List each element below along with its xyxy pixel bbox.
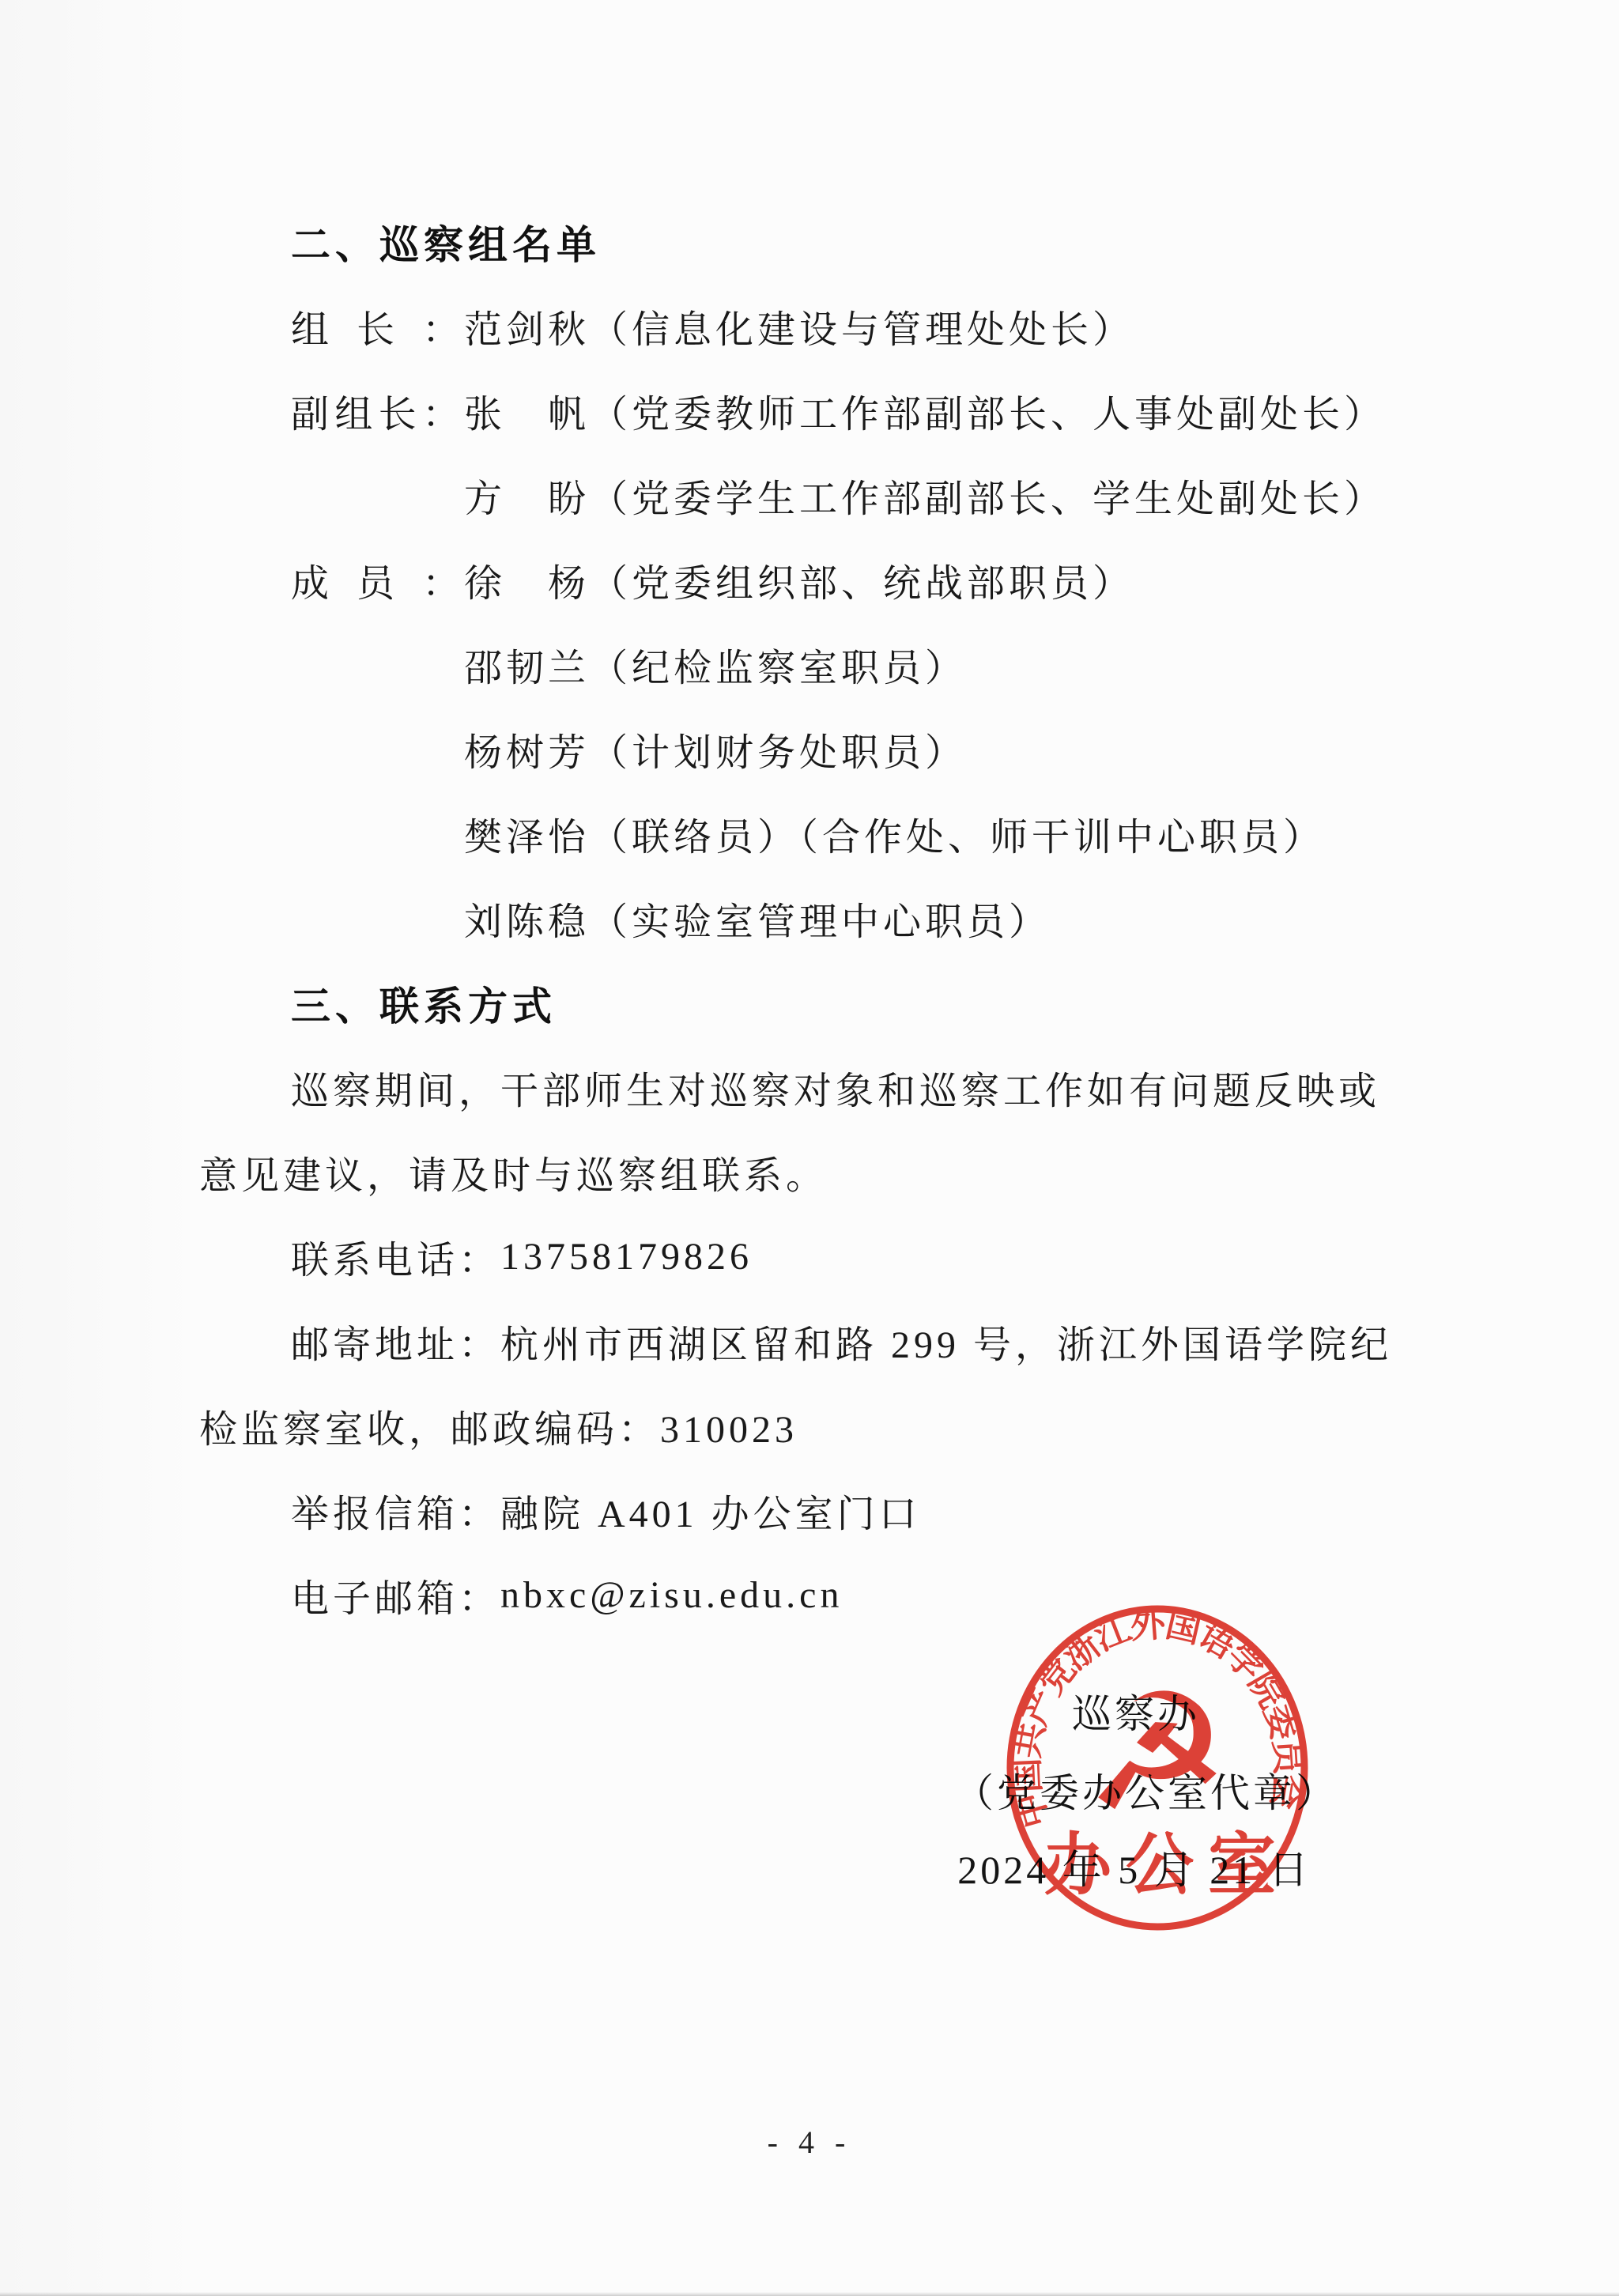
roster-row-label: 组长： — [291, 299, 464, 353]
phone-value: 13758179826 — [500, 1235, 753, 1278]
contact-paragraph-line1: 巡察期间，干部师生对巡察对象和巡察工作如有问题反映或 — [199, 1045, 1432, 1130]
seal-bottom-text: 办公室 — [1043, 1827, 1290, 1903]
address-value-line1: 杭州市西湖区留和路 299 号，浙江外国语学院纪 — [500, 1314, 1392, 1369]
roster-row-deputy: 副组长： 张 帆（党委教师工作部副部长、人事处副处长） — [199, 368, 1432, 453]
address-label: 邮寄地址： — [291, 1314, 500, 1369]
contact-address-line2: 检监察室收，邮政编码：310023 — [199, 1384, 1432, 1468]
roster-row-member4: 樊泽怡（联络员）（合作处、师干训中心职员） — [199, 791, 1432, 876]
phone-label: 联系电话： — [291, 1229, 500, 1284]
roster-row-member3: 杨树芳（计划财务处职员） — [199, 707, 1432, 791]
roster-row-text: 方 盼（党委学生工作部副部长、学生处副处长） — [464, 468, 1386, 523]
roster-row-text: 范剑秋（信息化建设与管理处处长） — [464, 299, 1134, 353]
email-value: nbxc@zisu.edu.cn — [500, 1573, 843, 1617]
mailbox-value: 融院 A401 办公室门口 — [500, 1483, 921, 1538]
roster-row-text: 邵韧兰（纪检监察室职员） — [464, 637, 967, 692]
roster-row-member2: 邵韧兰（纪检监察室职员） — [199, 622, 1432, 707]
contact-heading: 三、联系方式 — [199, 961, 1432, 1045]
roster-row-label: 成员： — [291, 553, 464, 607]
roster-row-member: 成员： 徐 杨（党委组织部、统战部职员） — [199, 538, 1432, 622]
contact-mailbox-row: 举报信箱： 融院 A401 办公室门口 — [199, 1468, 1432, 1553]
document-body: 二、巡察组名单 组长： 范剑秋（信息化建设与管理处处长） 副组长： 张 帆（党委… — [199, 199, 1432, 1637]
roster-row-text: 张 帆（党委教师工作部副部长、人事处副处长） — [464, 383, 1386, 438]
contact-paragraph-line2: 意见建议，请及时与巡察组联系。 — [199, 1130, 1432, 1214]
roster-row-member5: 刘陈稳（实验室管理中心职员） — [199, 876, 1432, 961]
roster-row-text: 徐 杨（党委组织部、统战部职员） — [464, 553, 1134, 607]
document-page: 二、巡察组名单 组长： 范剑秋（信息化建设与管理处处长） 副组长： 张 帆（党委… — [0, 0, 1619, 2296]
roster-row-leader: 组长： 范剑秋（信息化建设与管理处处长） — [199, 284, 1432, 368]
page-number: - 4 - — [0, 2124, 1619, 2161]
roster-row-deputy2: 方 盼（党委学生工作部副部长、学生处副处长） — [199, 453, 1432, 538]
email-label: 电子邮箱： — [291, 1568, 500, 1622]
roster-row-label: 副组长： — [291, 383, 464, 438]
roster-row-text: 杨树芳（计划财务处职员） — [464, 722, 967, 776]
roster-row-text: 刘陈稳（实验室管理中心职员） — [464, 891, 1051, 946]
scan-edge-shadow — [0, 2292, 1619, 2296]
roster-row-text: 樊泽怡（联络员）（合作处、师干训中心职员） — [464, 806, 1325, 861]
contact-phone-row: 联系电话： 13758179826 — [199, 1214, 1432, 1299]
mailbox-label: 举报信箱： — [291, 1483, 500, 1538]
roster-heading: 二、巡察组名单 — [199, 199, 1432, 284]
official-seal: 中国共产党浙江外国语学院委员会 ☭ 办公室 — [998, 1597, 1318, 1939]
contact-address-row: 邮寄地址： 杭州市西湖区留和路 299 号，浙江外国语学院纪 — [199, 1299, 1432, 1384]
hammer-sickle-icon: ☭ — [1085, 1660, 1230, 1848]
